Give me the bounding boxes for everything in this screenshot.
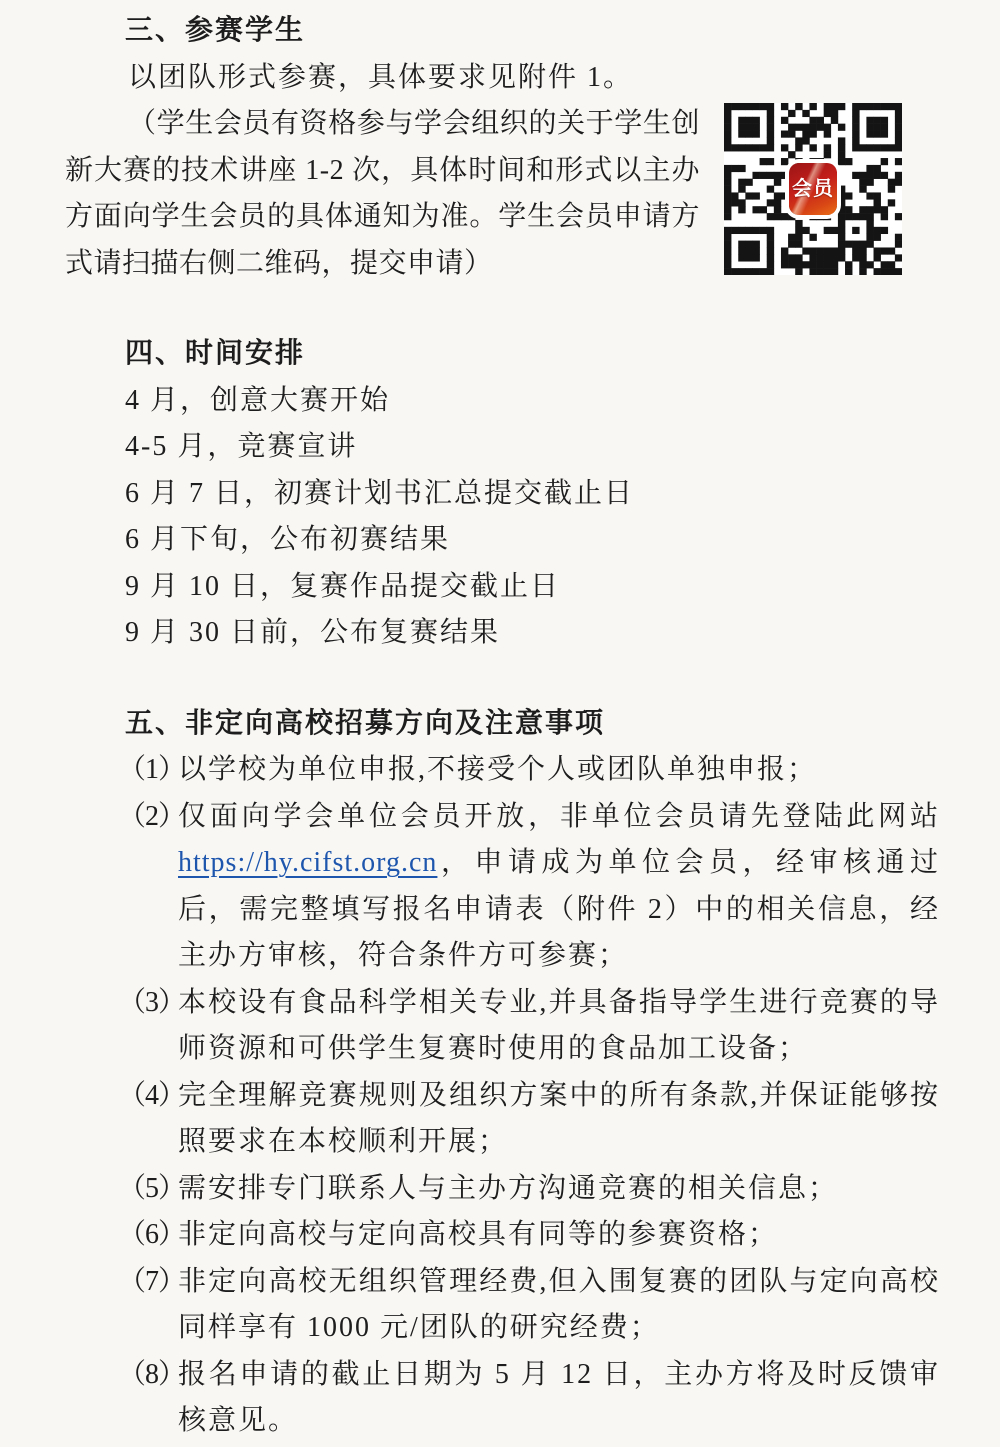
membership-qr-code: 会员 xyxy=(724,103,902,275)
document-page: 三、参赛学生 以团队形式参赛，具体要求见附件 1。 会员 （学生会员有资格参与学… xyxy=(0,0,1000,1447)
list-item-number: （8） xyxy=(118,1352,178,1399)
schedule-line: 6 月 7 日，初赛计划书汇总提交截止日 xyxy=(65,471,940,518)
list-item: （1） 以学校为单位申报,不接受个人或团队单独申报； xyxy=(65,747,940,794)
list-item-number: （7） xyxy=(118,1259,178,1306)
list-item-text: 需安排专门联系人与主办方沟通竞赛的相关信息； xyxy=(178,1166,940,1213)
list-item: （7） 非定向高校无组织管理经费,但入围复赛的团队与定向高校同样享有 1000 … xyxy=(65,1259,940,1352)
section3-heading: 三、参赛学生 xyxy=(65,8,940,55)
section3-paragraph-1: 以团队形式参赛，具体要求见附件 1。 xyxy=(65,55,940,102)
list-item: （6） 非定向高校与定向高校具有同等的参赛资格； xyxy=(65,1212,940,1259)
member-badge: 会员 xyxy=(789,163,837,215)
list-item-text: 以学校为单位申报,不接受个人或团队单独申报； xyxy=(178,747,940,794)
schedule-line: 9 月 10 日，复赛作品提交截止日 xyxy=(65,564,940,611)
list-item-text: 仅面向学会单位会员开放，非单位会员请先登陆此网站https://hy.cifst… xyxy=(178,794,940,980)
schedule-line: 4 月，创意大赛开始 xyxy=(65,378,940,425)
section-recruitment-notes: 五、非定向高校招募方向及注意事项 （1） 以学校为单位申报,不接受个人或团队单独… xyxy=(65,701,940,1445)
schedule-line: 4-5 月，竞赛宣讲 xyxy=(65,424,940,471)
list-item: （8） 报名申请的截止日期为 5 月 12 日，主办方将及时反馈审核意见。 xyxy=(65,1352,940,1445)
section3-paragraph-2-wrap: 会员 （学生会员有资格参与学会组织的关于学生创新大赛的技术讲座 1-2 次，具体… xyxy=(65,101,940,287)
schedule-line: 9 月 30 日前，公布复赛结果 xyxy=(65,610,940,657)
member-badge-label: 会员 xyxy=(792,179,834,199)
list-item: （2） 仅面向学会单位会员开放，非单位会员请先登陆此网站https://hy.c… xyxy=(65,794,940,980)
list-item-number: （1） xyxy=(118,747,178,794)
section5-heading: 五、非定向高校招募方向及注意事项 xyxy=(65,701,940,748)
list-item-text: 报名申请的截止日期为 5 月 12 日，主办方将及时反馈审核意见。 xyxy=(178,1352,940,1445)
list-item: （5） 需安排专门联系人与主办方沟通竞赛的相关信息； xyxy=(65,1166,940,1213)
membership-site-link[interactable]: https://hy.cifst.org.cn xyxy=(178,847,437,878)
list-item-number: （3） xyxy=(118,980,178,1027)
list-item-text: 本校设有食品科学相关专业,并具备指导学生进行竞赛的导师资源和可供学生复赛时使用的… xyxy=(178,980,940,1073)
section4-heading: 四、时间安排 xyxy=(65,331,940,378)
section-participating-students: 三、参赛学生 以团队形式参赛，具体要求见附件 1。 会员 （学生会员有资格参与学… xyxy=(65,8,940,287)
list-item-text: 非定向高校无组织管理经费,但入围复赛的团队与定向高校同样享有 1000 元/团队… xyxy=(178,1259,940,1352)
list-item-text-before-link: 仅面向学会单位会员开放，非单位会员请先登陆此网站 xyxy=(178,801,940,832)
list-item-text: 非定向高校与定向高校具有同等的参赛资格； xyxy=(178,1212,940,1259)
section-schedule: 四、时间安排 4 月，创意大赛开始 4-5 月，竞赛宣讲 6 月 7 日，初赛计… xyxy=(65,331,940,657)
schedule-line: 6 月下旬，公布初赛结果 xyxy=(65,517,940,564)
list-item-number: （2） xyxy=(118,794,178,841)
list-item-number: （4） xyxy=(118,1073,178,1120)
list-item-number: （6） xyxy=(118,1212,178,1259)
list-item-number: （5） xyxy=(118,1166,178,1213)
list-item: （4） 完全理解竞赛规则及组织方案中的所有条款,并保证能够按照要求在本校顺利开展… xyxy=(65,1073,940,1166)
list-item-text: 完全理解竞赛规则及组织方案中的所有条款,并保证能够按照要求在本校顺利开展； xyxy=(178,1073,940,1166)
list-item: （3） 本校设有食品科学相关专业,并具备指导学生进行竞赛的导师资源和可供学生复赛… xyxy=(65,980,940,1073)
